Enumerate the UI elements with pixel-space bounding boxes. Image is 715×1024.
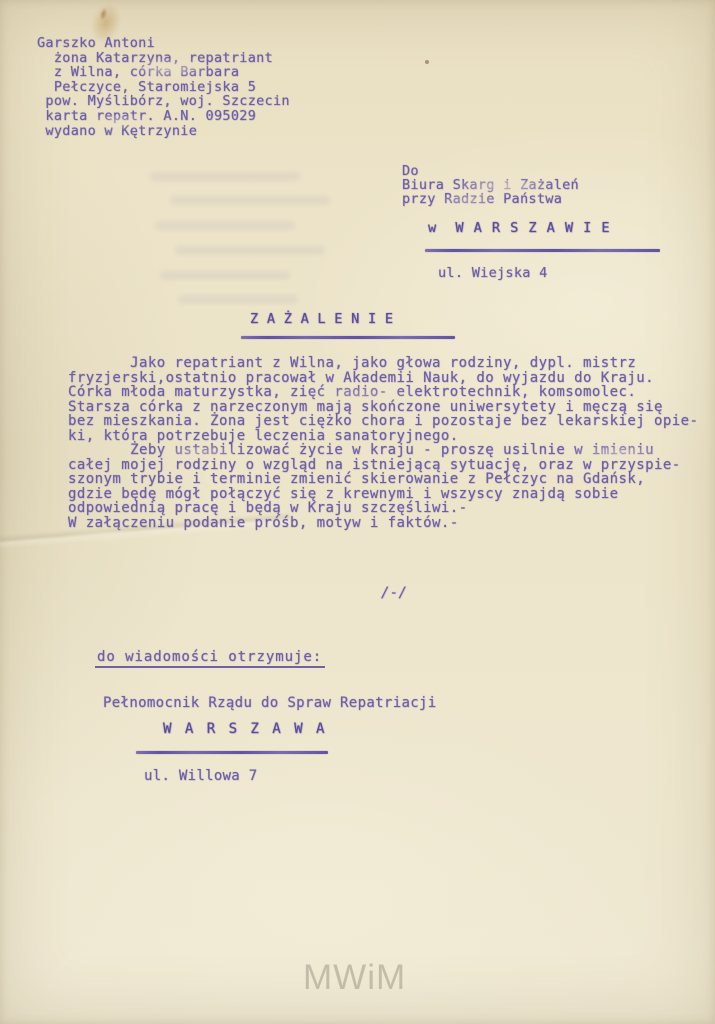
- ink-bleed-smudge: [178, 295, 298, 304]
- cc-street: ul. Willowa 7: [144, 769, 257, 784]
- recipient-street: ul. Wiejska 4: [438, 266, 548, 281]
- cc-city-underline: [136, 751, 328, 754]
- scanned-letter-page: MWiM Garszko Antoni żona Katarzyna, repa…: [0, 0, 715, 1024]
- ink-bleed-smudge: [170, 196, 330, 205]
- paper-speck: [425, 60, 429, 64]
- recipient-address-block: Do Biura Skarg i Zażaleń przy Radzie Pań…: [402, 164, 579, 207]
- sender-address-block: Garszko Antoni żona Katarzyna, repatrian…: [37, 36, 290, 138]
- ink-bleed-smudge: [175, 246, 325, 255]
- archive-watermark: MWiM: [303, 958, 406, 998]
- recipient-city: w W A R S Z A W I E: [428, 221, 611, 236]
- ink-bleed-smudge: [160, 271, 290, 280]
- letter-body: Jako repatriant z Wilna, jako głowa rodz…: [68, 356, 698, 530]
- letter-title: Z A Ż A L E N I E: [250, 312, 393, 327]
- letter-title-underline: [241, 336, 455, 339]
- cc-city: W A R S Z A W A: [163, 722, 327, 737]
- ink-bleed-smudge: [155, 221, 295, 230]
- recipient-city-underline: [425, 249, 660, 252]
- cc-heading: do wiadomości otrzymuje:: [95, 650, 325, 668]
- signature-mark: /-/: [381, 586, 407, 601]
- ink-bleed-smudge: [150, 172, 300, 181]
- cc-recipient: Pełnomocnik Rządu do Spraw Repatriacji: [103, 696, 437, 711]
